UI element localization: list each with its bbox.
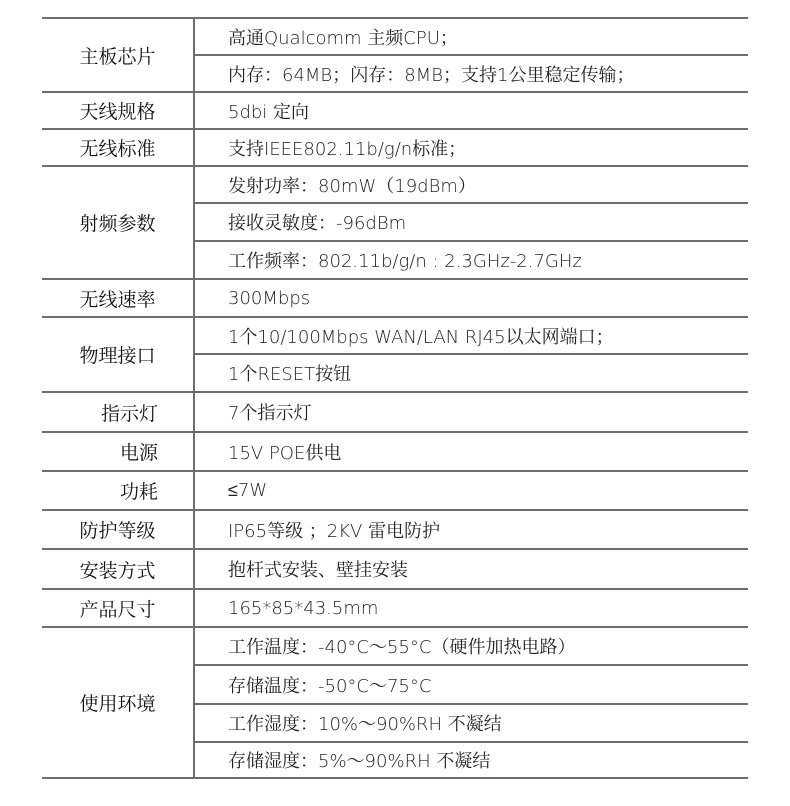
table-row: 电源 15V POE供电: [42, 432, 748, 471]
table-row: 功耗 ≤7W: [42, 471, 748, 510]
spec-label-wireless-standard: 无线标准: [42, 129, 194, 166]
spec-label-physical-interface: 物理接口: [42, 317, 194, 392]
spec-value: 工作温度：-40°C～55°C（硬件加热电路）: [194, 627, 748, 665]
table-row: 产品尺寸 165*85*43.5mm: [42, 589, 748, 627]
table-row: 无线速率 300Mbps: [42, 279, 748, 317]
spec-label-mainboard: 主板芯片: [42, 18, 194, 92]
spec-value: 1个RESET按钮: [194, 354, 748, 392]
table-row: 无线标准 支持IEEE802.11b/g/n标准；: [42, 129, 748, 166]
spec-value: 165*85*43.5mm: [194, 589, 748, 627]
spec-table: 主板芯片 高通Qualcomm 主频CPU； 内存：64MB；闪存：8MB；支持…: [42, 17, 748, 779]
spec-label-rf-params: 射频参数: [42, 166, 194, 279]
spec-label-indicator: 指示灯: [42, 392, 194, 432]
spec-value: IP65等级 ；2KV 雷电防护: [194, 510, 748, 549]
spec-label-protection: 防护等级: [42, 510, 194, 549]
spec-value: 7个指示灯: [194, 392, 748, 432]
table-row: 天线规格 5dbi 定向: [42, 92, 748, 129]
spec-label-wireless-rate: 无线速率: [42, 279, 194, 317]
table-row: 物理接口 1个10/100Mbps WAN/LAN RJ45以太网端口；: [42, 317, 748, 354]
spec-label-power: 电源: [42, 432, 194, 471]
spec-value: 5dbi 定向: [194, 92, 748, 129]
spec-value: 支持IEEE802.11b/g/n标准；: [194, 129, 748, 166]
spec-label-installation: 安装方式: [42, 549, 194, 589]
spec-label-environment: 使用环境: [42, 627, 194, 778]
table-row: 防护等级 IP65等级 ；2KV 雷电防护: [42, 510, 748, 549]
spec-value: 工作湿度：10%～90%RH 不凝结: [194, 704, 748, 742]
table-row: 指示灯 7个指示灯: [42, 392, 748, 432]
spec-label-antenna: 天线规格: [42, 92, 194, 129]
spec-value: 接收灵敏度：-96dBm: [194, 203, 748, 241]
spec-value: 高通Qualcomm 主频CPU；: [194, 18, 748, 55]
spec-value: 1个10/100Mbps WAN/LAN RJ45以太网端口；: [194, 317, 748, 354]
table-row: 使用环境 工作温度：-40°C～55°C（硬件加热电路）: [42, 627, 748, 665]
spec-label-dimensions: 产品尺寸: [42, 589, 194, 627]
spec-value: 300Mbps: [194, 279, 748, 317]
spec-value: 15V POE供电: [194, 432, 748, 471]
spec-value: 存储温度：-50°C～75°C: [194, 665, 748, 704]
spec-value: 存储湿度：5%～90%RH 不凝结: [194, 742, 748, 778]
spec-value: 内存：64MB；闪存：8MB；支持1公里稳定传输；: [194, 55, 748, 92]
spec-label-power-consumption: 功耗: [42, 471, 194, 510]
spec-value: 抱杆式安装、壁挂安装: [194, 549, 748, 589]
table-row: 安装方式 抱杆式安装、壁挂安装: [42, 549, 748, 589]
table-row: 主板芯片 高通Qualcomm 主频CPU；: [42, 18, 748, 55]
spec-value: 发射功率：80mW（19dBm）: [194, 166, 748, 203]
spec-value: ≤7W: [194, 471, 748, 510]
spec-value: 工作频率：802.11b/g/n : 2.3GHz-2.7GHz: [194, 241, 748, 279]
table-row: 射频参数 发射功率：80mW（19dBm）: [42, 166, 748, 203]
